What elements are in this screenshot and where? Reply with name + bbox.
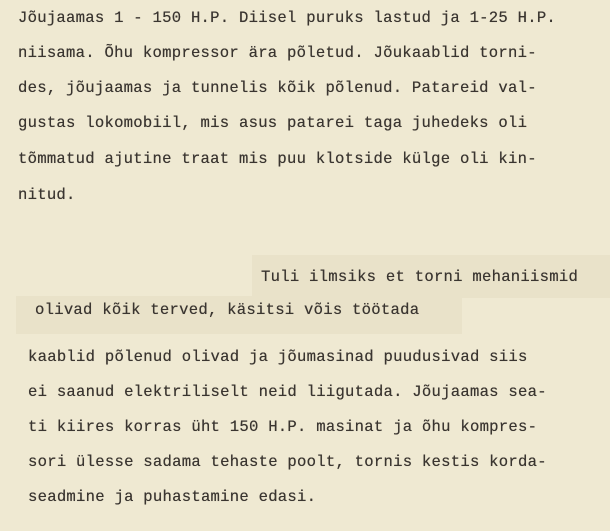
text-line: des, jõujaamas ja tunnelis kõik põlenud.… [18,79,537,97]
text-line: gustas lokomobiil, mis asus patarei taga… [18,114,527,132]
text-line: Jõujaamas 1 - 150 H.P. Diisel puruks las… [18,9,556,27]
text-line: tõmmatud ajutine traat mis puu klotside … [18,150,537,168]
text-line: olivad kõik terved, käsitsi võis töötada [35,301,419,319]
text-line: Tuli ilmsiks et torni mehaniismid [261,268,578,286]
text-line: sori ülesse sadama tehaste poolt, tornis… [28,453,547,471]
text-line: kaablid põlenud olivad ja jõumasinad puu… [28,348,528,366]
text-line: seadmine ja puhastamine edasi. [28,488,316,506]
typewritten-page: Jõujaamas 1 - 150 H.P. Diisel puruks las… [0,0,610,531]
text-line: ti kiires korras üht 150 H.P. masinat ja… [28,418,537,436]
text-line: niisama. Õhu kompressor ära põletud. Jõu… [18,44,537,62]
text-line: ei saanud elektriliselt neid liigutada. … [28,383,547,401]
text-line: nitud. [18,186,76,204]
